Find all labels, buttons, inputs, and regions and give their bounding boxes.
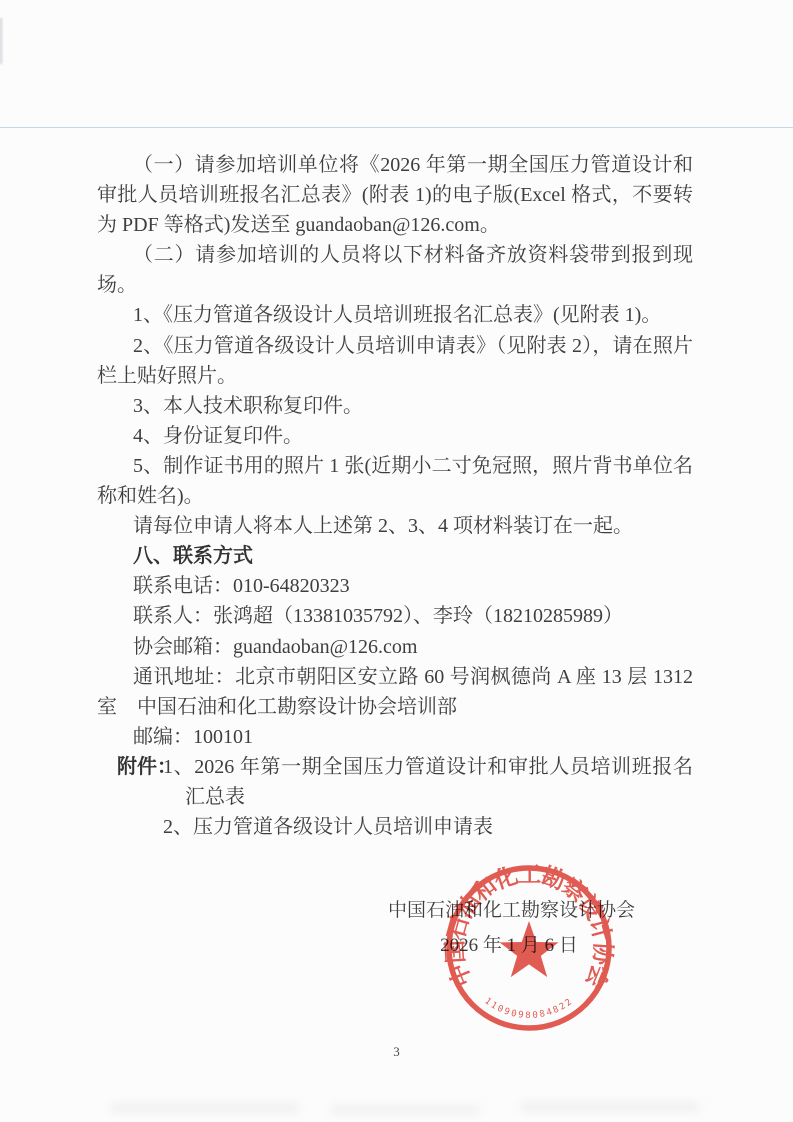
material-item-4: 4、身份证复印件。 bbox=[97, 421, 693, 451]
paragraph-bring-materials: （二）请参加培训的人员将以下材料备齐放资料袋带到报到现场。 bbox=[97, 240, 693, 300]
paragraph-binding-note: 请每位申请人将本人上述第 2、3、4 项材料装订在一起。 bbox=[97, 511, 693, 541]
contact-persons: 联系人：张鸿超（13381035792）、李玲（18210285989） bbox=[97, 601, 693, 631]
official-seal-stamp: 中国石油和化工勘察设计协会 1109098084822 bbox=[429, 848, 629, 1048]
attachments-list: 1、2026 年第一期全国压力管道设计和审批人员培训班报名汇总表 2、压力管道各… bbox=[163, 752, 693, 842]
document-body: （一）请参加培训单位将《2026 年第一期全国压力管道设计和审批人员培训班报名汇… bbox=[97, 150, 693, 842]
section-heading-contact: 八、联系方式 bbox=[97, 541, 693, 571]
contact-email: 协会邮箱：guandaoban@126.com bbox=[97, 632, 693, 662]
scan-bleedthrough-mark bbox=[330, 1106, 480, 1113]
scan-page-divider bbox=[0, 127, 793, 128]
seal-star-icon bbox=[499, 921, 558, 977]
contact-phone: 联系电话：010-64820323 bbox=[97, 571, 693, 601]
scan-bleedthrough-mark bbox=[110, 1104, 300, 1112]
attachment-item-2: 2、压力管道各级设计人员培训申请表 bbox=[163, 812, 693, 842]
material-item-2: 2、《压力管道各级设计人员培训申请表》（见附表 2），请在照片栏上贴好照片。 bbox=[97, 331, 693, 391]
material-item-1: 1、《压力管道各级设计人员培训班报名汇总表》(见附表 1)。 bbox=[97, 300, 693, 330]
contact-postcode: 邮编：100101 bbox=[97, 722, 693, 752]
page-number: 3 bbox=[0, 1044, 793, 1060]
document-page: （一）请参加培训单位将《2026 年第一期全国压力管道设计和审批人员培训班报名汇… bbox=[0, 0, 793, 1122]
attachments-block: 附件： 1、2026 年第一期全国压力管道设计和审批人员培训班报名汇总表 2、压… bbox=[97, 752, 693, 842]
seal-code-text: 1109098084822 bbox=[482, 996, 575, 1021]
attachments-label: 附件： bbox=[117, 752, 163, 842]
scan-bleedthrough-mark bbox=[520, 1103, 700, 1111]
paragraph-send-form: （一）请参加培训单位将《2026 年第一期全国压力管道设计和审批人员培训班报名汇… bbox=[97, 150, 693, 240]
material-item-5: 5、制作证书用的照片 1 张(近期小二寸免冠照，照片背书单位名称和姓名)。 bbox=[97, 451, 693, 511]
seal-graphic: 中国石油和化工勘察设计协会 1109098084822 bbox=[429, 848, 629, 1048]
material-item-3: 3、本人技术职称复印件。 bbox=[97, 391, 693, 421]
contact-address: 通讯地址：北京市朝阳区安立路 60 号润枫德尚 A 座 13 层 1312 室 … bbox=[97, 662, 693, 722]
attachment-item-1: 1、2026 年第一期全国压力管道设计和审批人员培训班报名汇总表 bbox=[163, 752, 693, 812]
scan-edge-artifact bbox=[0, 18, 2, 64]
